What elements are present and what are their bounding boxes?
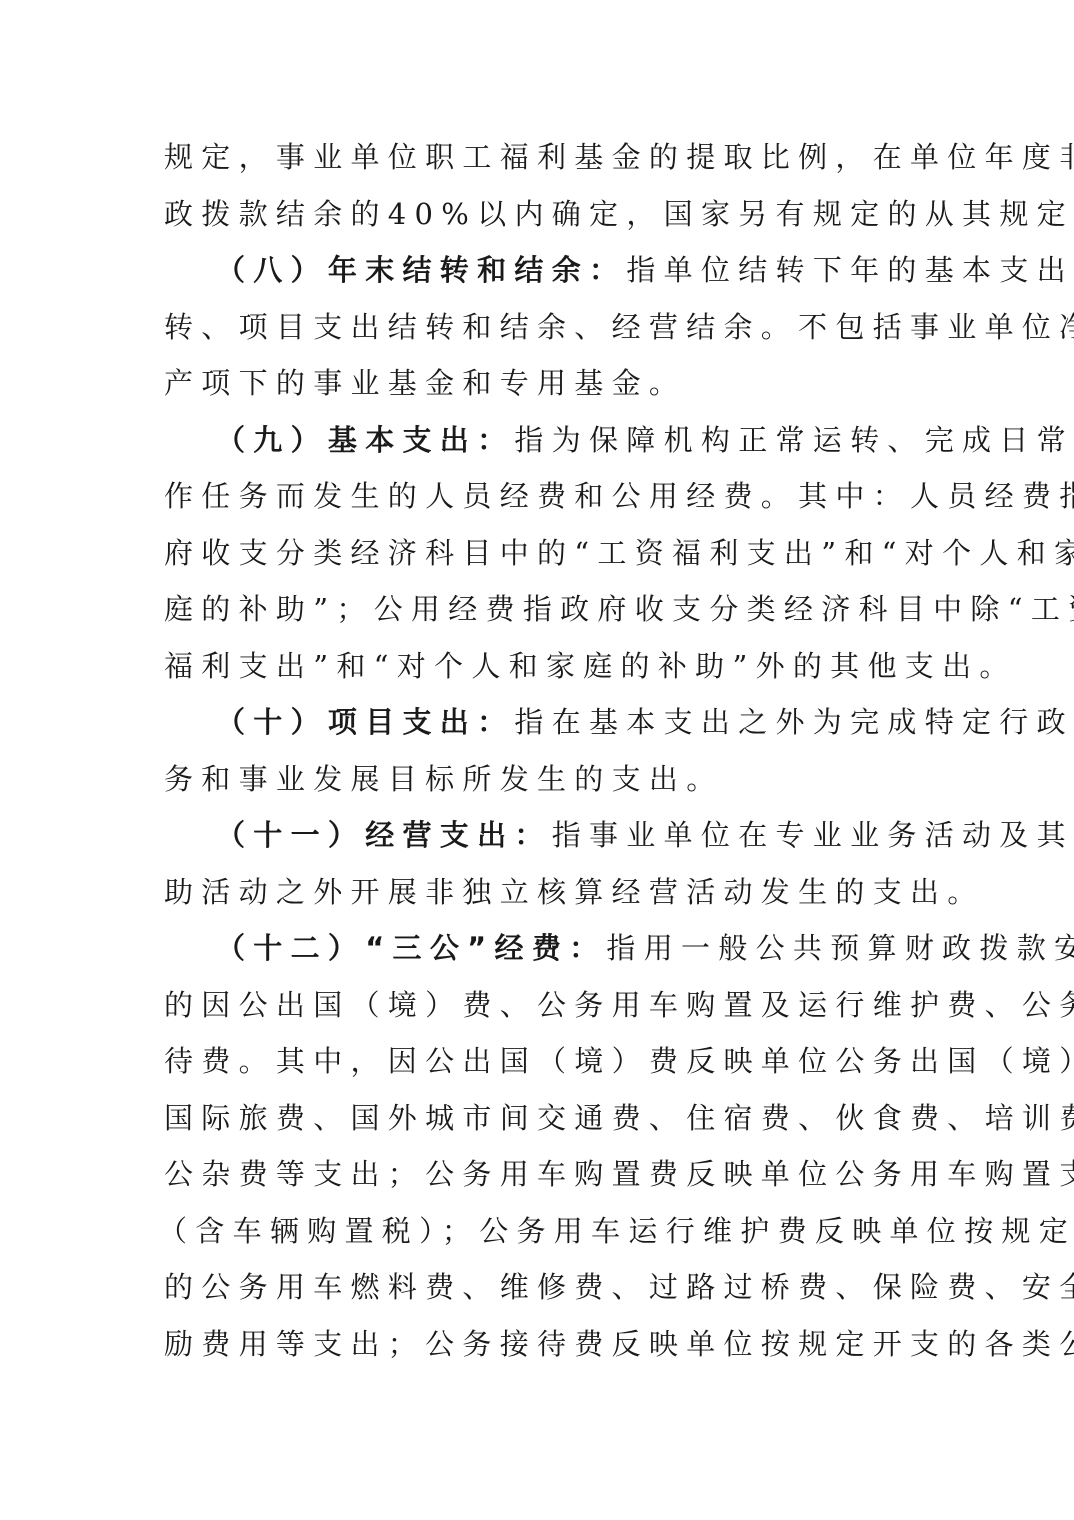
line-text: 指在基本支出之外为完成特定行政任 [514,705,1074,739]
section-heading-12: （十二）“三公”经费： [216,931,606,965]
text-line: 务和事业发展目标所发生的支出。 [164,751,914,808]
line-text: 指为保障机构正常运转、完成日常工 [514,423,1074,457]
line-text: 助活动之外开展非独立核算经营活动发生的支出。 [164,875,985,909]
section-12-first-line: （十二）“三公”经费：指用一般公共预算财政拨款安排 [164,920,914,977]
line-text: 务和事业发展目标所发生的支出。 [164,762,724,796]
line-text: 转、项目支出结转和结余、经营结余。不包括事业单位净资 [164,310,1074,344]
line-text: 指单位结转下年的基本支出结 [626,253,1074,287]
text-line: 国际旅费、国外城市间交通费、住宿费、伙食费、培训费、 [164,1090,914,1147]
line-text: 作任务而发生的人员经费和公用经费。其中：人员经费指政 [164,479,1074,513]
line-text: 的因公出国（境）费、公务用车购置及运行维护费、公务接 [164,988,1074,1022]
line-text: 指用一般公共预算财政拨款安排 [606,931,1074,965]
section-heading-9: （九）基本支出： [216,423,514,457]
text-line: 的公务用车燃料费、维修费、过路过桥费、保险费、安全奖 [164,1259,914,1316]
section-heading-10: （十）项目支出： [216,705,514,739]
section-10-first-line: （十）项目支出：指在基本支出之外为完成特定行政任 [164,694,914,751]
line-text: 待费。其中，因公出国（境）费反映单位公务出国（境）的 [164,1044,1074,1078]
text-line: 庭的补助”；公用经费指政府收支分类经济科目中除“工资 [164,581,914,638]
line-text: 励费用等支出；公务接待费反映单位按规定开支的各类公务 [164,1327,1074,1361]
line-text: 的公务用车燃料费、维修费、过路过桥费、保险费、安全奖 [164,1270,1074,1304]
text-line: 福利支出”和“对个人和家庭的补助”外的其他支出。 [164,638,914,695]
text-line: 励费用等支出；公务接待费反映单位按规定开支的各类公务 [164,1316,914,1373]
document-body: 规定，事业单位职工福利基金的提取比例，在单位年度非财 政拨款结余的40%以内确定… [164,129,914,1372]
line-text: 政拨款结余的40%以内确定，国家另有规定的从其规定。 [164,197,1074,231]
text-line: 的因公出国（境）费、公务用车购置及运行维护费、公务接 [164,977,914,1034]
line-text: 规定，事业单位职工福利基金的提取比例，在单位年度非财 [164,140,1074,174]
text-line: 府收支分类经济科目中的“工资福利支出”和“对个人和家 [164,525,914,582]
text-line: 产项下的事业基金和专用基金。 [164,355,914,412]
section-9-first-line: （九）基本支出：指为保障机构正常运转、完成日常工 [164,412,914,469]
document-page: 规定，事业单位职工福利基金的提取比例，在单位年度非财 政拨款结余的40%以内确定… [0,0,1074,1520]
line-text: 府收支分类经济科目中的“工资福利支出”和“对个人和家 [164,536,1074,570]
text-line: 规定，事业单位职工福利基金的提取比例，在单位年度非财 [164,129,914,186]
text-line: 待费。其中，因公出国（境）费反映单位公务出国（境）的 [164,1033,914,1090]
line-text: 国际旅费、国外城市间交通费、住宿费、伙食费、培训费、 [164,1101,1074,1135]
text-line: 助活动之外开展非独立核算经营活动发生的支出。 [164,864,914,921]
line-text: 指事业单位在专业业务活动及其辅 [552,818,1074,852]
text-line: （含车辆购置税）；公务用车运行维护费反映单位按规定保留 [158,1203,914,1260]
text-line: 作任务而发生的人员经费和公用经费。其中：人员经费指政 [164,468,914,525]
section-11-first-line: （十一）经营支出：指事业单位在专业业务活动及其辅 [164,807,914,864]
text-line: 公杂费等支出；公务用车购置费反映单位公务用车购置支出 [164,1146,914,1203]
line-text: （含车辆购置税）；公务用车运行维护费反映单位按规定保留 [158,1214,1074,1248]
text-line: 转、项目支出结转和结余、经营结余。不包括事业单位净资 [164,299,914,356]
section-heading-8: （八）年末结转和结余： [216,253,626,287]
line-text: 福利支出”和“对个人和家庭的补助”外的其他支出。 [164,649,1017,683]
section-8-first-line: （八）年末结转和结余：指单位结转下年的基本支出结 [164,242,914,299]
line-text: 公杂费等支出；公务用车购置费反映单位公务用车购置支出 [164,1157,1074,1191]
section-heading-11: （十一）经营支出： [216,818,552,852]
line-text: 庭的补助”；公用经费指政府收支分类经济科目中除“工资 [164,592,1074,626]
text-line: 政拨款结余的40%以内确定，国家另有规定的从其规定。 [164,186,914,243]
line-text: 产项下的事业基金和专用基金。 [164,366,686,400]
